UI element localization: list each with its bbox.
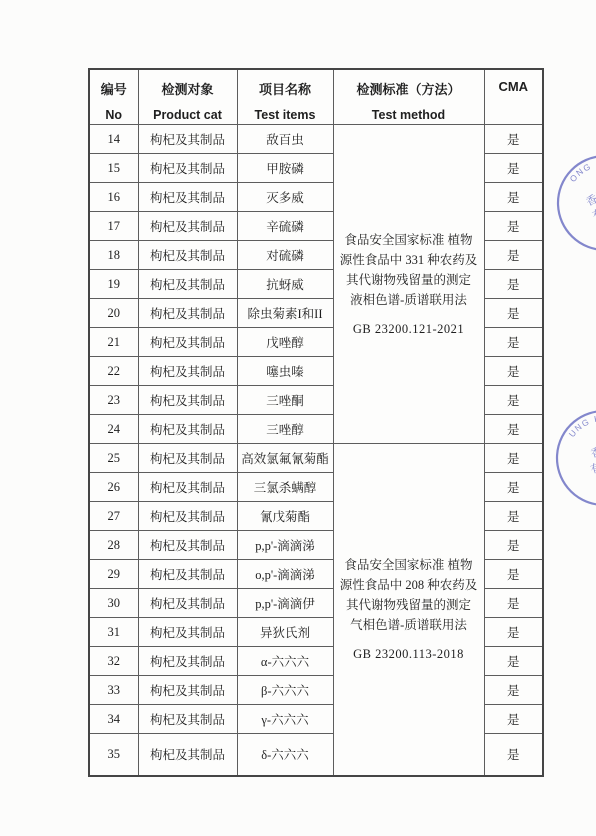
cell-cma: 是 (484, 531, 543, 560)
cell-test-item: 戊唑醇 (237, 328, 333, 357)
cell-product: 枸杞及其制品 (138, 444, 237, 473)
cell-no: 32 (89, 647, 138, 676)
cell-no: 24 (89, 415, 138, 444)
cell-cma: 是 (484, 125, 543, 154)
scanned-document-page: 编号 No 检测对象 Product cat 项目名称 Test items 检… (0, 0, 596, 836)
cell-no: 16 (89, 183, 138, 212)
header-cma: CMA (484, 69, 543, 125)
cell-no: 23 (89, 386, 138, 415)
cell-cma: 是 (484, 386, 543, 415)
header-no-en: No (90, 108, 138, 122)
header-test-method-en: Test method (334, 108, 484, 122)
cell-test-item: 辛硫磷 (237, 212, 333, 241)
cell-no: 27 (89, 502, 138, 531)
cell-test-item: p,p'-滴滴伊 (237, 589, 333, 618)
cell-cma: 是 (484, 270, 543, 299)
cell-test-item: 三唑醇 (237, 415, 333, 444)
cell-cma: 是 (484, 618, 543, 647)
test-items-table: 编号 No 检测对象 Product cat 项目名称 Test items 检… (88, 68, 544, 777)
stamp-zh-line1: 香港 (589, 440, 596, 460)
cell-test-item: p,p'-滴滴涕 (237, 531, 333, 560)
cell-no: 30 (89, 589, 138, 618)
cell-product: 枸杞及其制品 (138, 589, 237, 618)
cell-product: 枸杞及其制品 (138, 299, 237, 328)
cell-test-item: δ-六六六 (237, 734, 333, 776)
cell-no: 26 (89, 473, 138, 502)
cell-cma: 是 (484, 473, 543, 502)
cell-product: 枸杞及其制品 (138, 618, 237, 647)
cell-product: 枸杞及其制品 (138, 328, 237, 357)
certification-stamp-upper: ONG CE 香港認 有限公 ★ (543, 141, 596, 265)
header-test-method-zh: 检测标准（方法） (334, 79, 484, 98)
cell-product: 枸杞及其制品 (138, 705, 237, 734)
cell-cma: 是 (484, 183, 543, 212)
cell-cma: 是 (484, 560, 543, 589)
certification-stamp-lower: UNG KON 香港 有限公 ★ 03 (542, 396, 596, 520)
header-product-en: Product cat (139, 108, 237, 122)
cell-cma: 是 (484, 647, 543, 676)
header-product: 检测对象 Product cat (138, 69, 237, 125)
cell-product: 枸杞及其制品 (138, 183, 237, 212)
header-test-method: 检测标准（方法） Test method (333, 69, 484, 125)
cell-test-item: 甲胺磷 (237, 154, 333, 183)
cell-product: 枸杞及其制品 (138, 212, 237, 241)
method-code: GB 23200.113-2018 (339, 644, 479, 664)
cell-test-item: 灭多威 (237, 183, 333, 212)
cell-test-method: 食品安全国家标准 植物源性食品中 331 种农药及其代谢物残留量的测定 液相色谱… (333, 125, 484, 444)
cell-no: 14 (89, 125, 138, 154)
cell-no: 18 (89, 241, 138, 270)
cell-no: 34 (89, 705, 138, 734)
header-no: 编号 No (89, 69, 138, 125)
cell-product: 枸杞及其制品 (138, 386, 237, 415)
header-no-zh: 编号 (90, 79, 138, 98)
cell-cma: 是 (484, 212, 543, 241)
header-test-items-en: Test items (238, 108, 333, 122)
cell-product: 枸杞及其制品 (138, 473, 237, 502)
cell-product: 枸杞及其制品 (138, 676, 237, 705)
method-text: 食品安全国家标准 植物源性食品中 331 种农药及其代谢物残留量的测定 液相色谱… (339, 230, 479, 310)
cell-test-item: 除虫菊素I和II (237, 299, 333, 328)
cell-product: 枸杞及其制品 (138, 415, 237, 444)
cell-test-item: 氰戊菊酯 (237, 502, 333, 531)
cell-no: 20 (89, 299, 138, 328)
table-header-row: 编号 No 检测对象 Product cat 项目名称 Test items 检… (89, 69, 543, 125)
cell-cma: 是 (484, 502, 543, 531)
cell-no: 28 (89, 531, 138, 560)
header-test-items: 项目名称 Test items (237, 69, 333, 125)
cell-test-item: 噻虫嗪 (237, 357, 333, 386)
cell-cma: 是 (484, 705, 543, 734)
cell-product: 枸杞及其制品 (138, 241, 237, 270)
cell-no: 19 (89, 270, 138, 299)
stamp-zh-line1: 香港認 (584, 182, 596, 209)
cell-test-item: o,p'-滴滴涕 (237, 560, 333, 589)
header-test-items-zh: 项目名称 (238, 79, 333, 98)
cell-cma: 是 (484, 154, 543, 183)
cell-cma: 是 (484, 415, 543, 444)
cell-no: 29 (89, 560, 138, 589)
cell-no: 15 (89, 154, 138, 183)
cell-no: 21 (89, 328, 138, 357)
cell-product: 枸杞及其制品 (138, 647, 237, 676)
cell-test-item: 异狄氏剂 (237, 618, 333, 647)
cell-test-item: β-六六六 (237, 676, 333, 705)
cell-test-item: 敌百虫 (237, 125, 333, 154)
header-cma-label: CMA (485, 79, 543, 94)
cell-cma: 是 (484, 444, 543, 473)
cell-product: 枸杞及其制品 (138, 502, 237, 531)
cell-product: 枸杞及其制品 (138, 531, 237, 560)
cell-cma: 是 (484, 241, 543, 270)
cell-no: 17 (89, 212, 138, 241)
table-body: 14枸杞及其制品敌百虫食品安全国家标准 植物源性食品中 331 种农药及其代谢物… (89, 125, 543, 776)
cell-cma: 是 (484, 328, 543, 357)
cell-cma: 是 (484, 589, 543, 618)
table-row: 14枸杞及其制品敌百虫食品安全国家标准 植物源性食品中 331 种农药及其代谢物… (89, 125, 543, 154)
cell-test-item: 对硫磷 (237, 241, 333, 270)
cell-test-item: 三唑酮 (237, 386, 333, 415)
cell-product: 枸杞及其制品 (138, 560, 237, 589)
cell-no: 33 (89, 676, 138, 705)
cell-cma: 是 (484, 734, 543, 776)
cell-test-item: γ-六六六 (237, 705, 333, 734)
cell-test-item: 高效氯氟氰菊酯 (237, 444, 333, 473)
cell-test-method: 食品安全国家标准 植物源性食品中 208 种农药及其代谢物残留量的测定 气相色谱… (333, 444, 484, 776)
cell-no: 31 (89, 618, 138, 647)
cell-product: 枸杞及其制品 (138, 154, 237, 183)
cell-test-item: α-六六六 (237, 647, 333, 676)
header-product-zh: 检测对象 (139, 79, 237, 98)
cell-no: 35 (89, 734, 138, 776)
cell-test-item: 三氯杀螨醇 (237, 473, 333, 502)
cell-product: 枸杞及其制品 (138, 357, 237, 386)
method-code: GB 23200.121-2021 (339, 319, 479, 339)
cell-cma: 是 (484, 676, 543, 705)
cell-product: 枸杞及其制品 (138, 125, 237, 154)
stamp-ring (545, 399, 596, 517)
cell-product: 枸杞及其制品 (138, 270, 237, 299)
cell-product: 枸杞及其制品 (138, 734, 237, 776)
cell-cma: 是 (484, 357, 543, 386)
cell-cma: 是 (484, 299, 543, 328)
cell-no: 22 (89, 357, 138, 386)
cell-no: 25 (89, 444, 138, 473)
cell-test-item: 抗蚜威 (237, 270, 333, 299)
method-text: 食品安全国家标准 植物源性食品中 208 种农药及其代谢物残留量的测定 气相色谱… (339, 555, 479, 635)
table-row: 25枸杞及其制品高效氯氟氰菊酯食品安全国家标准 植物源性食品中 208 种农药及… (89, 444, 543, 473)
